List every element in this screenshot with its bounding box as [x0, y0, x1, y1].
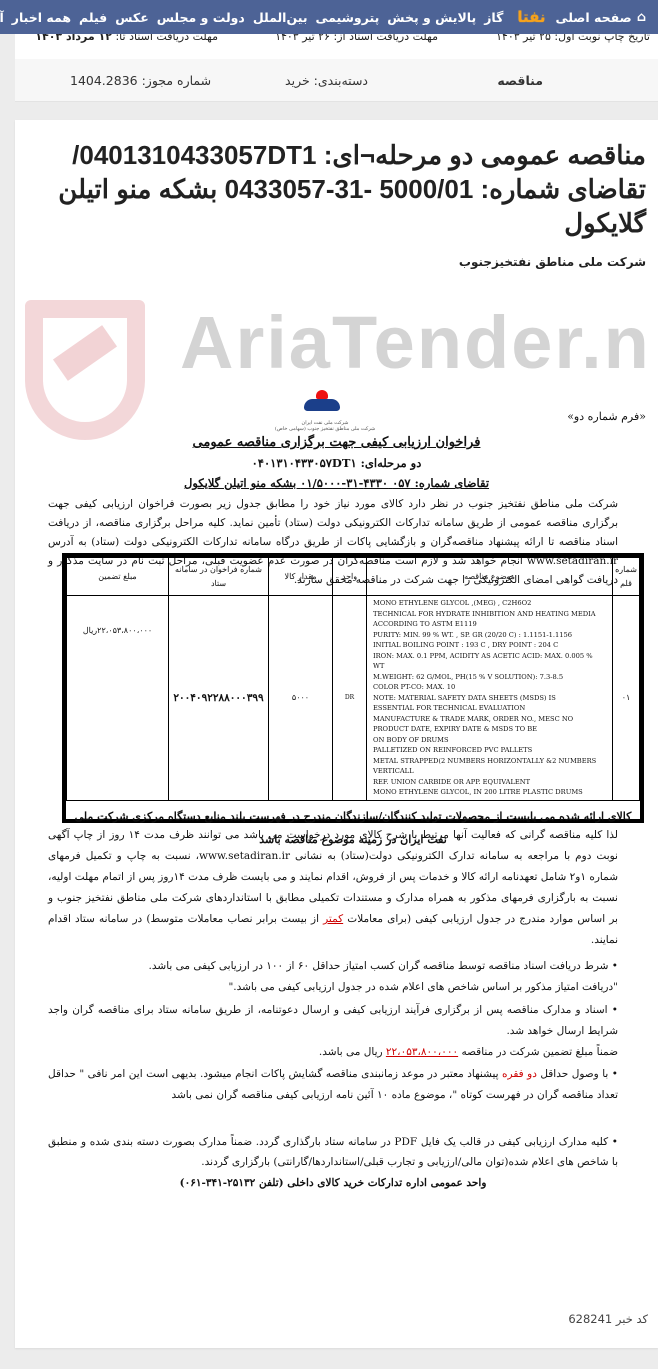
bullet-score-condition: • شرط دریافت اسناد مناقصه توسط مناقصه گر…: [48, 956, 618, 998]
cell-quantity: ۵۰۰۰: [269, 596, 333, 801]
cell-setad-number: ۲۰۰۴۰۹۲۲۸۸۰۰۰۳۹۹: [169, 596, 269, 801]
subject-line: ON BODY OF DRUMS: [373, 735, 606, 746]
paragraph-text: ریال می باشد.: [319, 1046, 386, 1058]
cell-item-no: ۰۱: [613, 596, 640, 801]
form-label: «فرم شماره دو»: [567, 410, 646, 423]
nav-item-all-news[interactable]: همه اخبار: [12, 10, 71, 25]
paragraph-apply: لذا کلیه مناقصه گرانی که فعالیت آنها مرت…: [48, 825, 618, 951]
nav-item-government[interactable]: دولت و مجلس: [157, 10, 245, 25]
license-number: شماره مجوز: 1404.2836: [70, 73, 211, 88]
subject-line: NOTE: MATERIAL SAFETY DATA SHEETS (MSDS)…: [373, 693, 606, 704]
logo-caption-line: شرکت ملی مناطق نفتخیز جنوب (سهامی خاص): [245, 426, 405, 432]
home-icon: ⌂: [637, 10, 646, 25]
bullet-text: • شرط دریافت اسناد مناقصه توسط مناقصه گر…: [48, 956, 618, 977]
cell-guarantee: ۲۲،۰۵۳،۸۰۰،۰۰۰ریال: [67, 596, 169, 801]
col-unit: واحد: [333, 558, 367, 596]
highlight-two-bids: دو فقره: [502, 1068, 537, 1080]
document-heading: فراخوان ارزیابی کیفی جهت برگزاری مناقصه …: [15, 435, 658, 450]
category-bar: مناقصه دسته‌بندی: خرید شماره مجوز: 1404.…: [15, 59, 658, 102]
col-guarantee: مبلغ تضمین: [67, 558, 169, 596]
nav-item-label: گاز: [484, 10, 503, 25]
guarantee-amount: ۲۲،۰۵۳،۸۰۰،۰۰۰: [386, 1046, 458, 1058]
bullet-pdf-upload: • کلیه مدارک ارزیابی کیفی در قالب یک فای…: [48, 1132, 618, 1172]
category-label: دسته‌بندی: خرید: [285, 73, 368, 88]
bullet-minimum-bids: • با وصول حداقل دو فقره پیشنهاد معتبر در…: [48, 1064, 618, 1106]
nav-item-home[interactable]: ⌂ صفحه اصلی: [556, 10, 646, 25]
subject-line: METAL STRAPPED(2 NUMBERS HORIZONTALLY &2…: [373, 756, 606, 777]
table-row: ۰۱ MONO ETHYLENE GLYCOL ,(MEG) , C2H6O2 …: [67, 596, 640, 801]
logo-caption: شرکت ملی نفت ایران شرکت ملی مناطق نفتخیز…: [245, 420, 405, 432]
nav-item-label: پالایش و پخش: [387, 10, 476, 25]
subject-line: PALLETIZED ON REINFORCED PVC PALLETS: [373, 745, 606, 756]
nav-item-label: آ: [0, 10, 4, 25]
paragraph-text: ضمناً مبلغ تضمین شرکت در مناقصه: [458, 1046, 618, 1058]
nav-item-more[interactable]: آ: [0, 10, 4, 25]
nav-item-video[interactable]: فیلم: [79, 10, 107, 25]
site-logo: نفتا: [517, 8, 545, 26]
subject-line: IRON: MAX. 0.1 PPM, ACIDITY AS ACETIC AC…: [373, 651, 606, 672]
subject-line: ACCORDING TO ASTM E1119: [373, 619, 606, 630]
nav-item-label: صفحه اصلی: [556, 10, 632, 25]
nioc-logo-icon: [302, 390, 342, 416]
bullet-quote: "دریافت امتیاز مذکور بر اساس شاخص های اع…: [48, 977, 618, 998]
subject-line: REF. UNION CARBIDE OR APP. EQUIVALENT: [373, 777, 606, 788]
procurement-unit-footer: واحد عمومی اداره تدارکات خرید کالای داخل…: [48, 1174, 618, 1193]
request-number: تقاضای شماره: ۰۵۷ ۴۳۳۰-۳۱-۰۱/۵۰۰۰ بشکه م…: [15, 476, 658, 490]
nav-item-refining[interactable]: پالایش و پخش: [387, 10, 476, 25]
watermark-text: AriaTender.n: [180, 300, 651, 385]
nav-item-label: همه اخبار: [12, 10, 71, 25]
col-quantity: مقدار کالا: [269, 558, 333, 596]
col-setad-number: شماره فراخوان در سامانه ستاد: [169, 558, 269, 596]
subject-line: PURITY: MIN. 99 % WT. , SP. GR (20/20 C)…: [373, 630, 606, 641]
nav-item-petrochemical[interactable]: پتروشیمی: [316, 10, 380, 25]
article-card: مناقصه عمومی دو مرحله¬ای: 0401310433057D…: [15, 120, 658, 1348]
bullet-text: • با وصول حداقل: [537, 1068, 618, 1080]
col-item-no: شماره قلم: [613, 558, 640, 596]
nav-item-label: فیلم: [79, 10, 107, 25]
nav-item-label: دولت و مجلس: [157, 10, 245, 25]
table-header-row: شماره قلم موضوع مناقصه واحد مقدار کالا ش…: [67, 558, 640, 596]
cell-subject: MONO ETHYLENE GLYCOL ,(MEG) , C2H6O2 TEC…: [367, 596, 613, 801]
tender-items-table: شماره قلم موضوع مناقصه واحد مقدار کالا ش…: [62, 553, 644, 823]
nav-item-gas[interactable]: گاز: [484, 10, 503, 25]
subject-line: PRODUCT DATE, EXPIRY DATE & MSDS TO BE: [373, 724, 606, 735]
nav-item-oil[interactable]: نفتا: [511, 8, 547, 26]
nav-item-photo[interactable]: عکس: [115, 10, 148, 25]
subject-line: MANUFACTURE & TRADE MARK, ORDER NO., MES…: [373, 714, 606, 725]
subject-line: ESSENTIAL FOR TECHNICAL EVALUATION: [373, 703, 606, 714]
paragraph-text: لذا کلیه مناقصه گرانی که فعالیت آنها مرت…: [48, 829, 618, 925]
nav-item-label: پتروشیمی: [316, 10, 380, 25]
two-stage-number: دو مرحله‌ای: ۰۴۰۱۳۱۰۴۳۳۰۵۷DT۱: [15, 456, 658, 470]
news-code: کد خبر 628241: [568, 1312, 648, 1326]
bullet-documents-sent: • اسناد و مدارک مناقصه پس از برگزاری فرآ…: [48, 1000, 618, 1042]
watermark-shield-icon: [25, 300, 145, 440]
nav-item-international[interactable]: بین‌الملل: [253, 10, 308, 25]
subject-line: COLOR PT-CO: MAX. 10: [373, 682, 606, 693]
tender-type: مناقصه: [497, 73, 543, 88]
subject-line: MONO ETHYLENE GLYCOL, IN 200 LITRE PLAST…: [373, 787, 606, 798]
tender-document-image: AriaTender.n «فرم شماره دو» شرکت ملی نفت…: [15, 280, 658, 1180]
highlight-less-than: کمتر: [323, 913, 343, 925]
subject-line: TECHNICAL FOR HYDRATE INHIBITION AND HEA…: [373, 609, 606, 620]
subject-line: M.WEIGHT: 62 G/MOL, PH(15 % V SOLUTION):…: [373, 672, 606, 683]
company-name: شرکت ملی مناطق نفتخیزجنوب: [459, 255, 646, 269]
top-navigation-bar: ⌂ صفحه اصلی نفتا گاز پالایش و پخش پتروشی…: [0, 0, 658, 34]
article-title: مناقصه عمومی دو مرحله¬ای: 0401310433057D…: [46, 138, 646, 240]
col-subject: موضوع مناقصه: [367, 558, 613, 596]
guarantee-sentence: ضمناً مبلغ تضمین شرکت در مناقصه ۲۲،۰۵۳،۸…: [48, 1043, 618, 1062]
cell-unit: DR: [333, 596, 367, 801]
subject-line: MONO ETHYLENE GLYCOL ,(MEG) , C2H6O2: [373, 598, 606, 609]
nav-item-label: بین‌الملل: [253, 10, 308, 25]
subject-line: INITIAL BOILING POINT : 193 C , DRY POIN…: [373, 640, 606, 651]
nav-item-label: عکس: [115, 10, 148, 25]
